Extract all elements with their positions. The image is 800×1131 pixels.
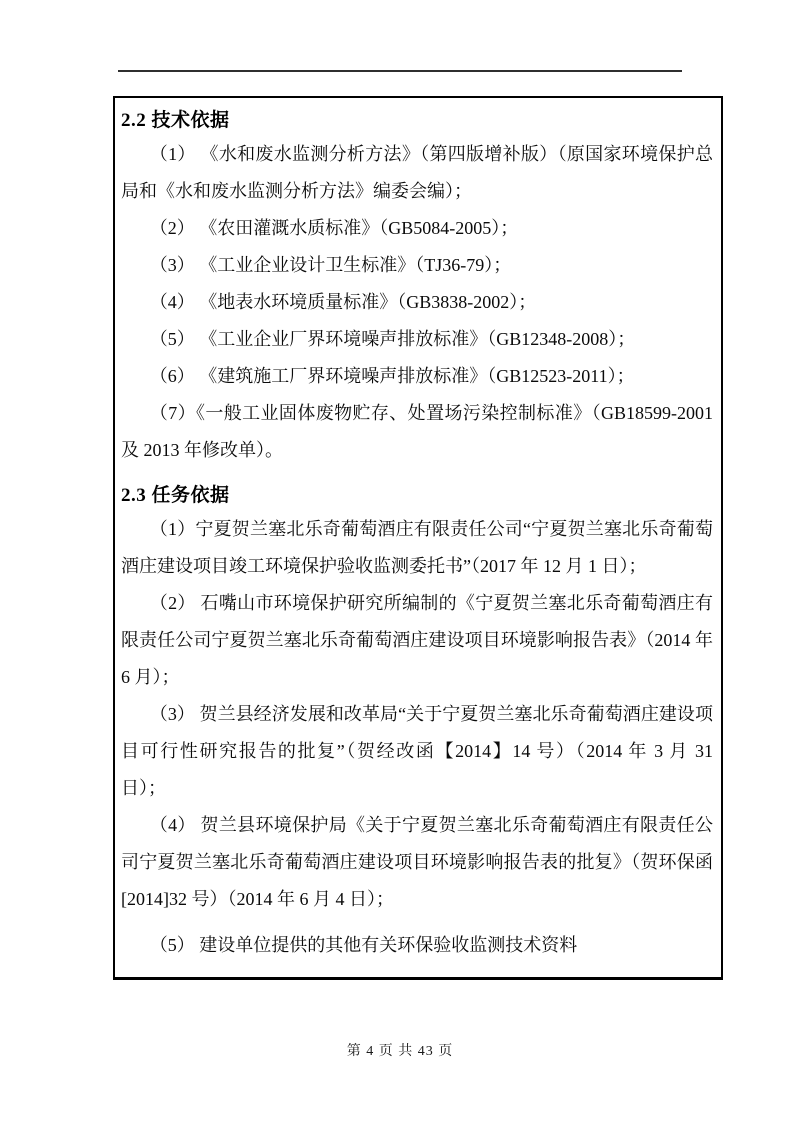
list-item-2-2-5: （5） 《工业企业厂界环境噪声排放标准》（GB12348-2008）；	[121, 321, 713, 358]
section-heading-technical-basis: 2.2 技术依据	[121, 105, 713, 136]
list-item-2-2-4: （4） 《地表水环境质量标准》（GB3838-2002）；	[121, 284, 713, 321]
document-page: 2.2 技术依据 （1） 《水和废水监测分析方法》（第四版增补版）（原国家环境保…	[0, 0, 800, 1131]
list-item-2-3-5: （5） 建设单位提供的其他有关环保验收监测技术资料	[121, 927, 713, 964]
page-number-footer: 第 4 页 共 43 页	[0, 1040, 800, 1060]
list-item-2-2-7: （7）《一般工业固体废物贮存、处置场污染控制标准》（GB18599-2001 及…	[121, 395, 713, 469]
section-heading-task-basis: 2.3 任务依据	[121, 480, 713, 511]
list-item-2-2-1: （1） 《水和废水监测分析方法》（第四版增补版）（原国家环境保护总局和《水和废水…	[121, 136, 713, 210]
list-item-2-2-2: （2） 《农田灌溉水质标准》（GB5084-2005）；	[121, 210, 713, 247]
list-item-2-3-4: （4） 贺兰县环境保护局《关于宁夏贺兰塞北乐奇葡萄酒庄有限责任公司宁夏贺兰塞北乐…	[121, 807, 713, 918]
header-divider	[118, 70, 682, 72]
list-item-2-2-6: （6） 《建筑施工厂界环境噪声排放标准》（GB12523-2011）；	[121, 358, 713, 395]
list-item-2-2-3: （3） 《工业企业设计卫生标准》（TJ36-79）；	[121, 247, 713, 284]
content-box: 2.2 技术依据 （1） 《水和废水监测分析方法》（第四版增补版）（原国家环境保…	[113, 96, 723, 980]
list-item-2-3-3: （3） 贺兰县经济发展和改革局“关于宁夏贺兰塞北乐奇葡萄酒庄建设项目可行性研究报…	[121, 696, 713, 807]
list-item-2-3-1: （1）宁夏贺兰塞北乐奇葡萄酒庄有限责任公司“宁夏贺兰塞北乐奇葡萄酒庄建设项目竣工…	[121, 511, 713, 585]
list-item-2-3-2: （2） 石嘴山市环境保护研究所编制的《宁夏贺兰塞北乐奇葡萄酒庄有限责任公司宁夏贺…	[121, 585, 713, 696]
